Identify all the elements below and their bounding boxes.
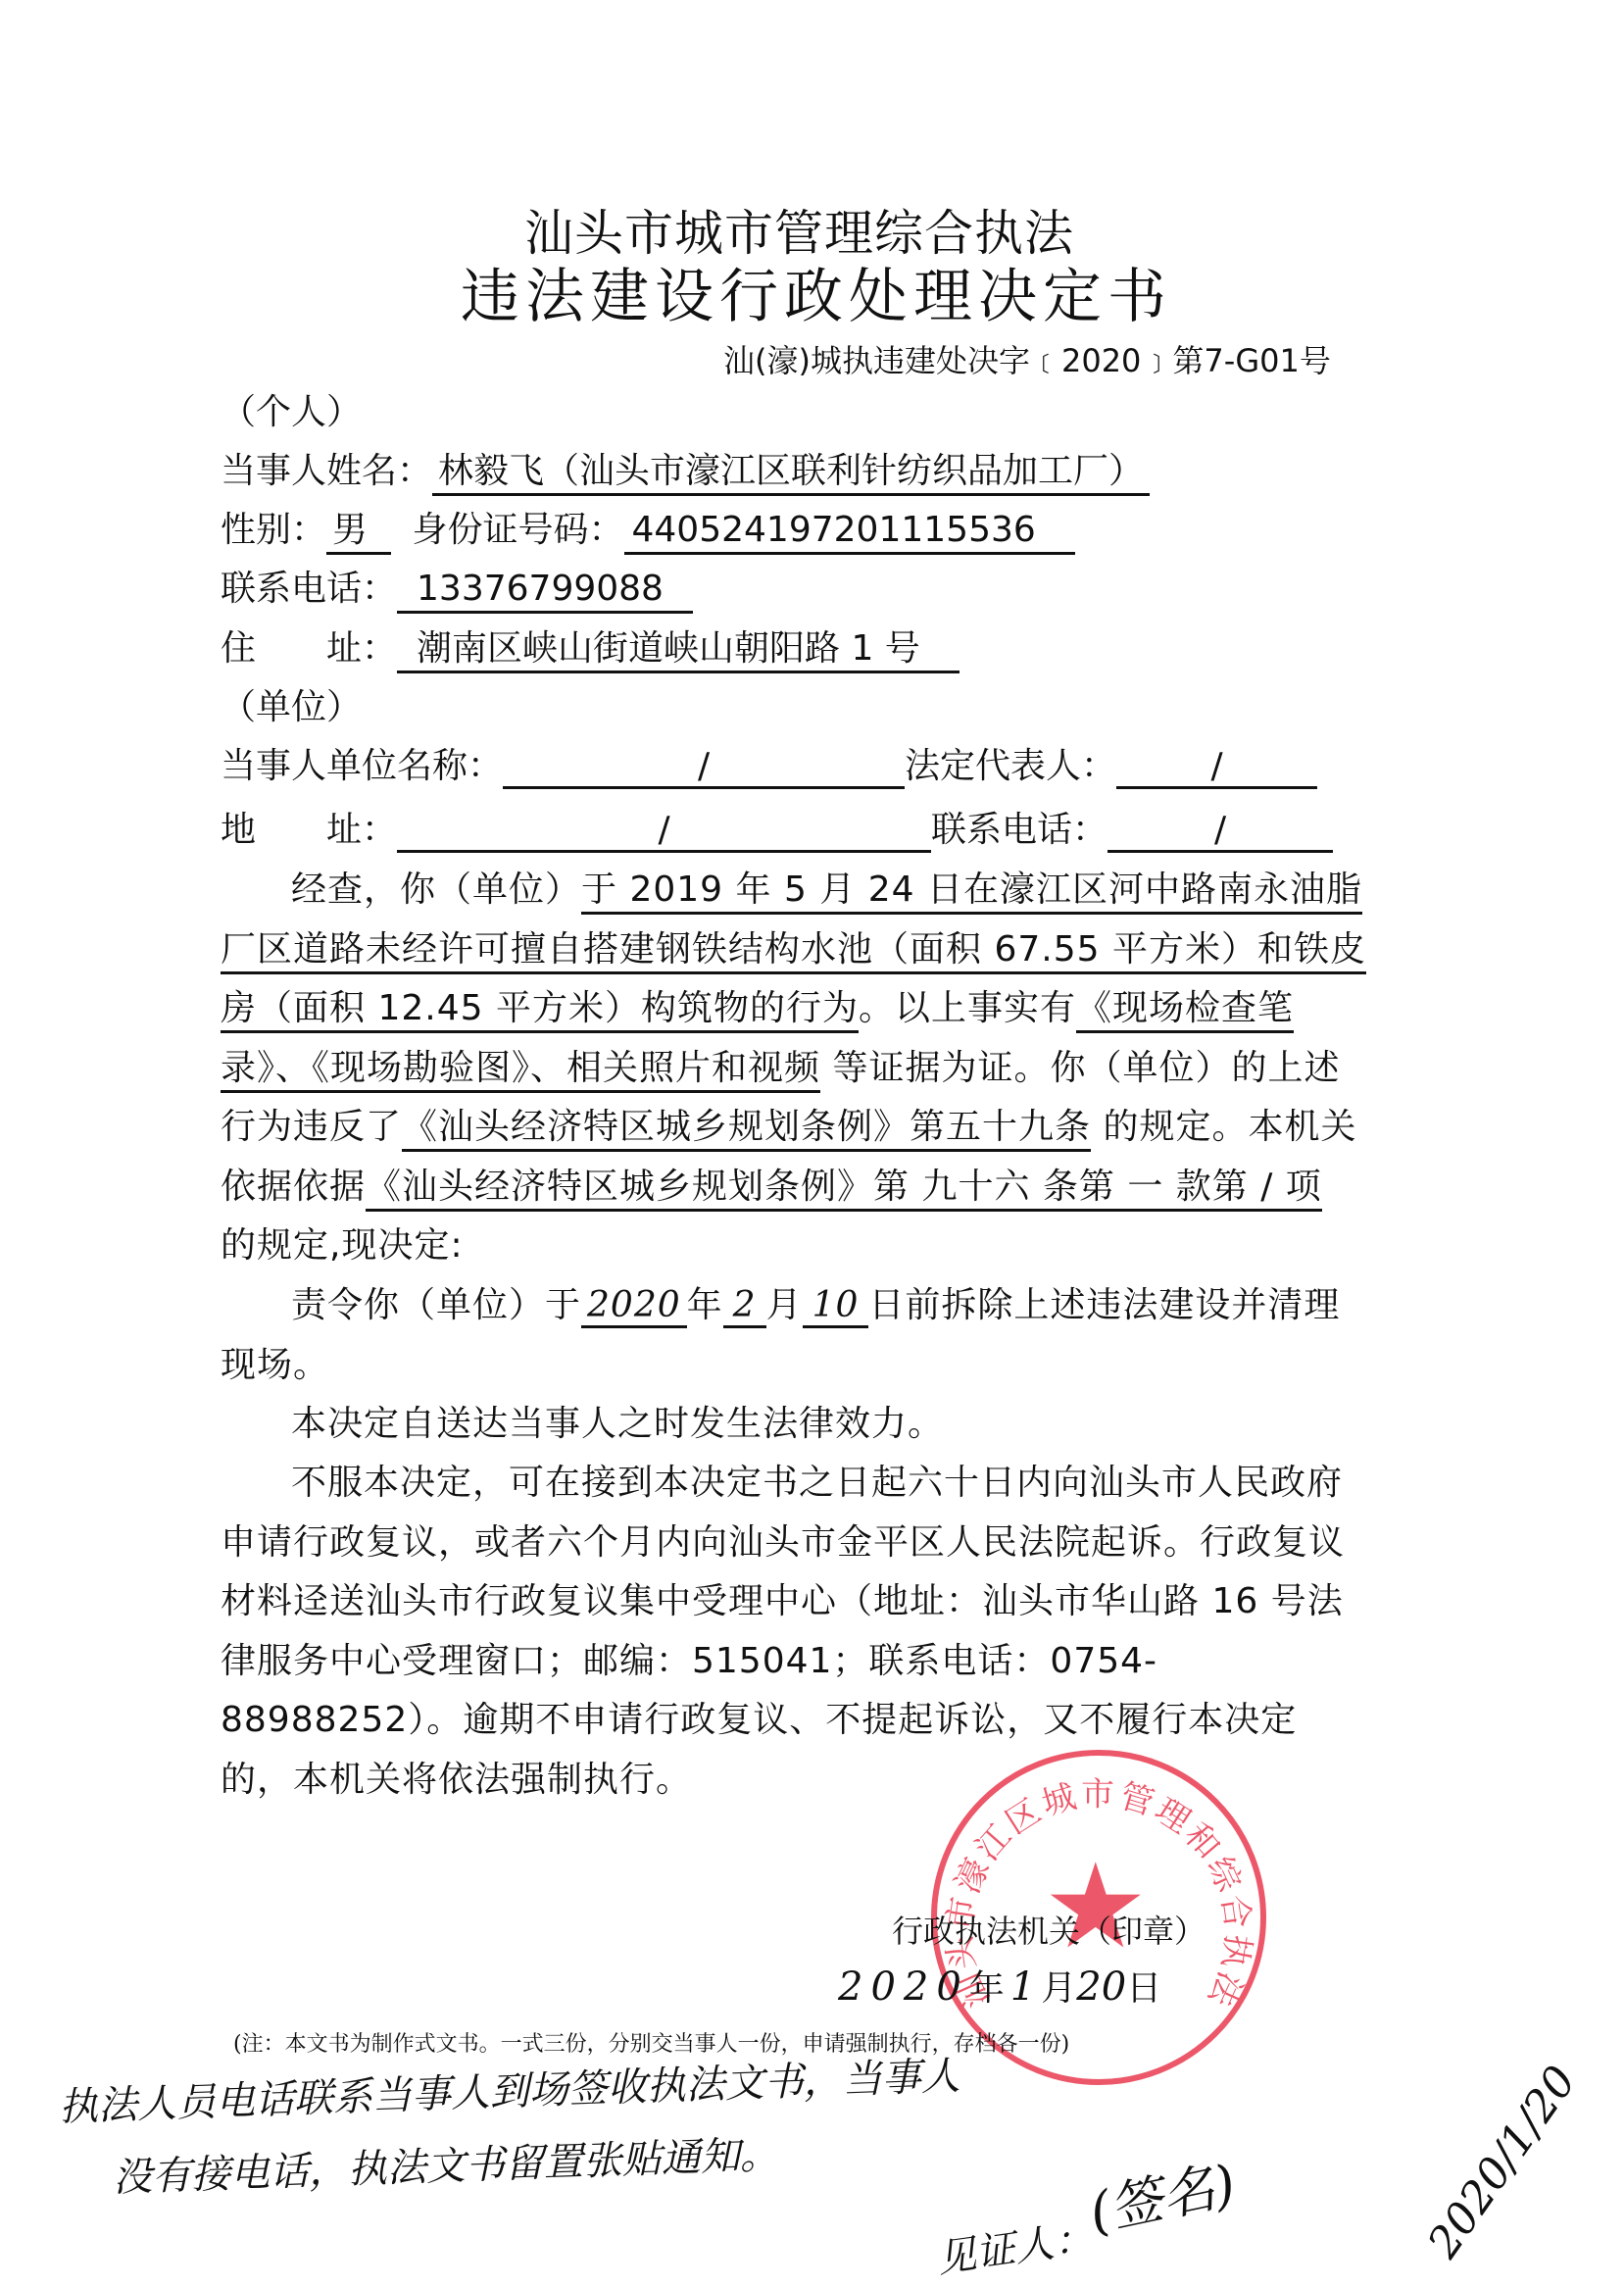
phone-value: 13376799088 [397,570,693,614]
party-name-row: 当事人姓名：林毅飞（汕头市濠江区联利针纺织品加工厂） [221,443,1150,496]
deadline-month: 2 [723,1285,766,1328]
legal-rep-label: 法定代表人： [905,746,1116,786]
handwritten-note-line1: 执法人员电话联系当事人到场签收执法文书，当事人 [58,2045,960,2132]
id-number-label: 身份证号码： [412,510,623,550]
order-prefix: 责令你（单位）于 [291,1285,581,1325]
order-paragraph: 责令你（单位）于2020年2月10日前拆除上述违法建设并清理现场。 [221,1276,1367,1395]
document-title: 违法建设行政处理决定书 [461,250,1172,334]
findings-prefix: 经查，你（单位） [291,870,581,910]
issue-year-unit: 年 [969,1968,1005,2009]
issue-date-day: 20 [1076,1964,1126,2010]
unit-phone-label: 联系电话： [931,810,1107,850]
legal-rep-value: / [1116,747,1317,789]
witness-label: 见证人： [933,2207,1096,2284]
document-number: 汕(濠)城执违建处决字﹝2020﹞第7-G01号 [723,336,1331,381]
deadline-year: 2020 [581,1285,687,1328]
gender-id-row: 性别：男 身份证号码：440524197201115536 [221,502,1075,555]
issue-month-unit: 月 [1041,1968,1076,2009]
unit-section-label: （单位） [221,679,362,729]
unit-address-value: / [397,811,931,853]
id-number-value: 440524197201115536 [624,511,1075,555]
individual-section-label: （个人） [221,384,362,434]
party-name-label: 当事人姓名： [221,451,432,491]
address-row: 住 址：潮南区峡山街道峡山朝阳路 1 号 [221,621,960,673]
effect-paragraph: 本决定自送达当事人之时发生法律效力。 [221,1395,1367,1455]
legal-basis: 《汕头经济特区城乡规划条例》第 九十六 条第 一 款第 / 项 [366,1167,1322,1212]
unit-name-value: / [503,747,905,789]
address-value: 潮南区峡山街道峡山朝阳路 1 号 [397,629,960,673]
findings-paragraph: 经查，你（单位）于 2019 年 5 月 24 日在濠江区河中路南永油脂厂区道路… [221,861,1367,1276]
authority-seal-label: 行政执法机关（印章） [892,1907,1206,1952]
findings-text: 。以上事实有 [859,988,1076,1028]
deadline-day: 10 [803,1285,869,1328]
findings-suffix: 的规定,现决定: [221,1225,464,1266]
gender-value: 男 [326,511,391,555]
issue-date: 2020年1月20日 [838,1961,1161,2011]
party-name-value: 林毅飞（汕头市濠江区联利针纺织品加工厂） [432,452,1150,496]
year-unit: 年 [687,1285,723,1325]
witness-signature: (签名) [1082,2142,1242,2247]
violated-regulation: 《汕头经济特区城乡规划条例》第五十九条 [402,1107,1091,1152]
gender-label: 性别： [221,510,326,550]
handwritten-note-line2: 没有接电话，执法文书留置张贴通知。 [112,2123,780,2203]
unit-name-row: 当事人单位名称：/法定代表人：/ [221,738,1317,789]
address-label: 住 址： [221,628,397,669]
issue-date-month: 1 [1005,1964,1041,2010]
unit-phone-value: / [1107,811,1333,853]
witness-date: 2020/1/20 [1418,2057,1586,2266]
unit-address-row: 地 址：/联系电话：/ [221,802,1333,853]
month-unit: 月 [766,1285,803,1325]
unit-address-label: 地 址： [221,810,397,850]
phone-row: 联系电话：13376799088 [221,561,693,614]
unit-name-label: 当事人单位名称： [221,746,503,786]
issue-day-unit: 日 [1126,1968,1161,2009]
issue-date-year: 2020 [838,1964,969,2010]
phone-label: 联系电话： [221,569,397,609]
